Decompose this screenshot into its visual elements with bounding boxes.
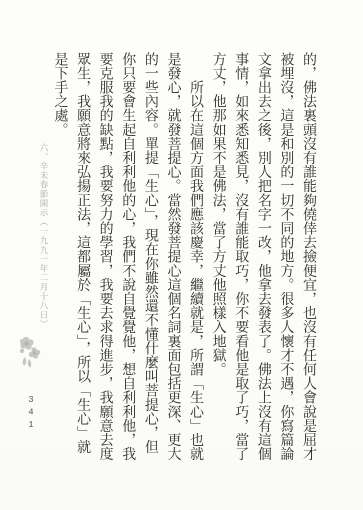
text-column: 眾生，我願意將來弘揚正法，這都屬於「生心」，所以「生心」就 bbox=[70, 52, 93, 460]
text-column: 文拿出去之後，別人把名字一改，他拿去發表了。佛法上沒有這個 bbox=[251, 52, 274, 460]
text-column: 事情，如來悉知悉見，沒有誰能取巧，你不要看他是取了巧，當了 bbox=[229, 52, 252, 460]
text-column: 是發心，就發菩提心。當然發菩提心這個名詞裏面包括更深、更大 bbox=[161, 52, 184, 460]
text-column: 被埋沒，這是和別的一切不同的地方。很多人懷才不遇，你寫篇論 bbox=[274, 52, 297, 460]
text-column: 所以在這個方面我們應該慶幸，繼續就是，所謂「生心」也就 bbox=[183, 52, 206, 460]
running-head: 六、辛未春節開示（一九九一年二月十八日） bbox=[38, 143, 50, 329]
text-column: 你只要會生起自利利他的心，我們不說自覺覺他，想自利利他，我 bbox=[116, 52, 139, 460]
text-column: 的一些內容。單提「生心」，現在你雖然還不懂什麼叫菩提心，但 bbox=[138, 52, 161, 460]
text-column: 要克服我的缺點，我要努力的學習，我要去求得進步，我願意去度 bbox=[93, 52, 116, 460]
text-column: 方丈，他那如果不是佛法，當了方丈他照樣入地獄。 bbox=[206, 52, 229, 460]
main-text-block: 的，佛法裏頭沒有誰能夠僥倖去撿便宜，也沒有任何人會說是屈才 被埋沒，這是和別的一… bbox=[48, 52, 319, 460]
text-column: 的，佛法裏頭沒有誰能夠僥倖去撿便宜，也沒有任何人會說是屈才 bbox=[296, 52, 319, 460]
flower-ornament-icon bbox=[15, 333, 45, 373]
text-column: 是下手之處。 bbox=[48, 52, 71, 460]
book-page: 的，佛法裏頭沒有誰能夠僥倖去撿便宜，也沒有任何人會說是屈才 被埋沒，這是和別的一… bbox=[0, 0, 363, 510]
page-number: 341 bbox=[26, 395, 36, 433]
